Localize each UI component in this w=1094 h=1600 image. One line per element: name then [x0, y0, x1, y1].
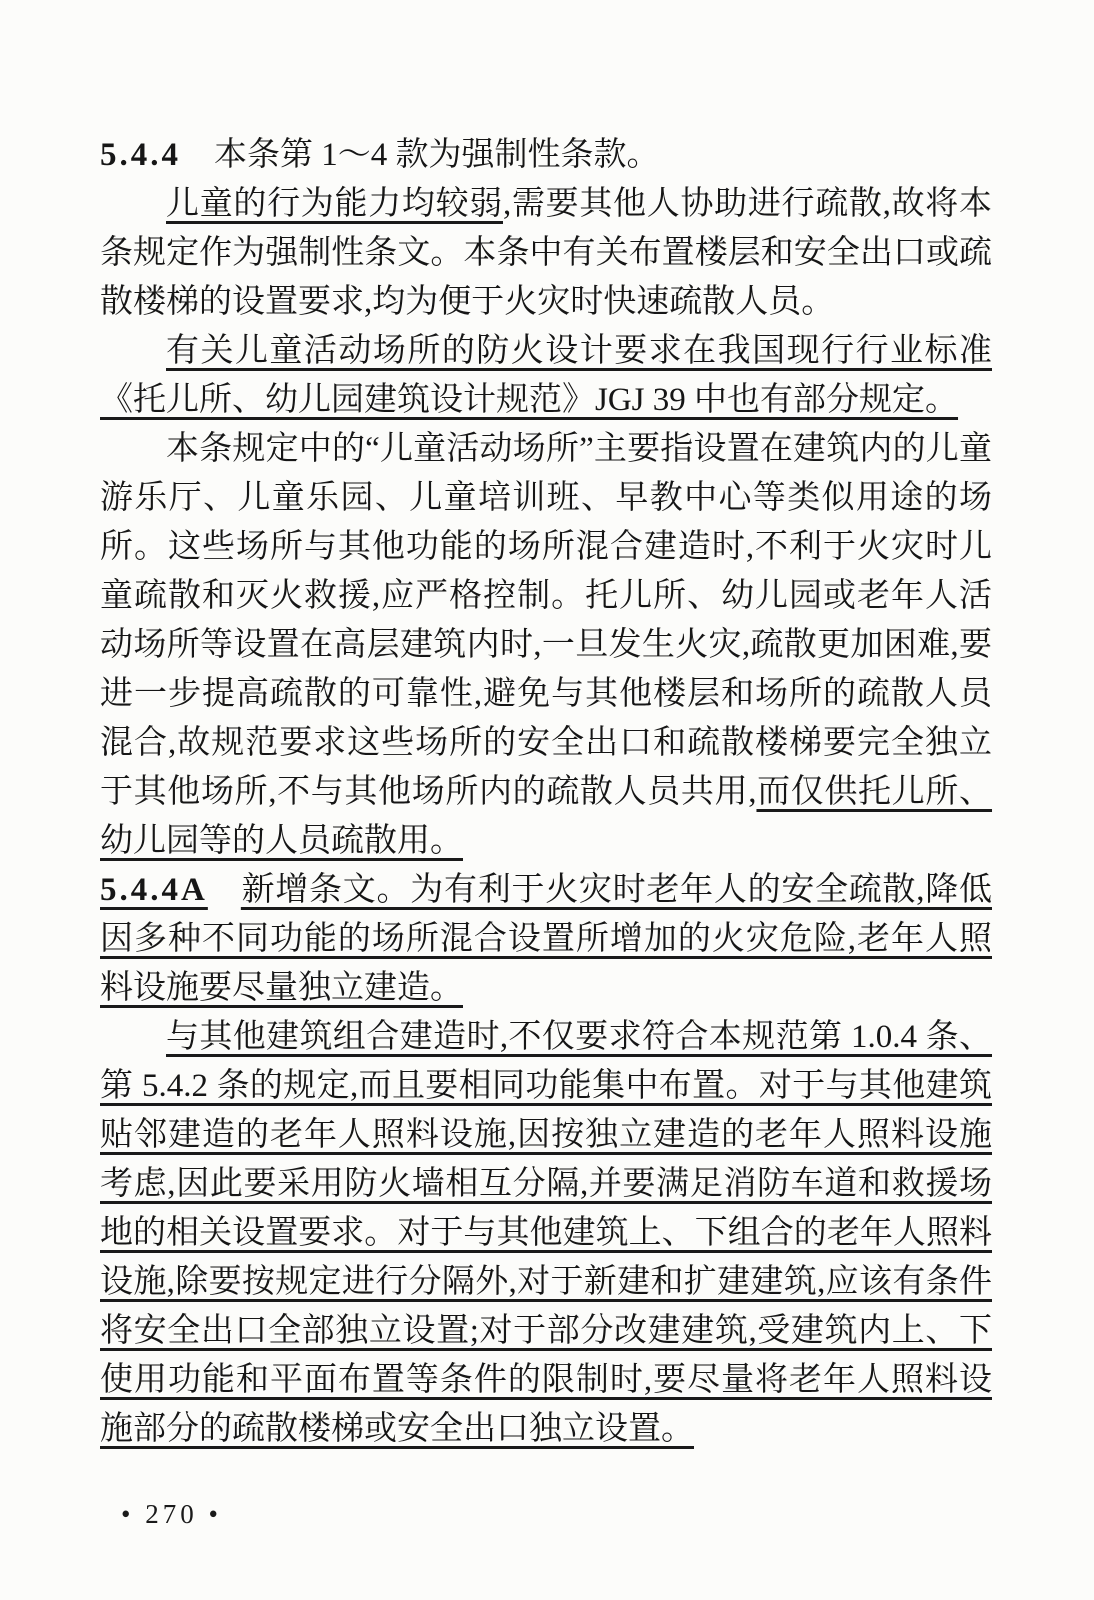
text-run: 本条规定中的“儿童活动场所”主要指设置在建筑内的儿童游乐厅、儿童乐园、儿童培训班… [100, 431, 992, 810]
text-run: 本条第 1～4 款为强制性条款。 [214, 137, 660, 173]
para-elderly-care-facilities: 与其他建筑组合建造时,不仅要求符合本规范第 1.0.4 条、第 5.4.2 条的… [100, 1013, 992, 1454]
revision-underlined-text: 儿童的行为能力均较弱 [166, 186, 503, 222]
section-clause-5-4-4a: 5.4.4A 新增条文。为有利于火灾时老年人的安全疏散,降低因多种不同功能的场所… [100, 866, 992, 1013]
clause-number: 5.4.4 [100, 137, 181, 173]
para-children-activity-places: 本条规定中的“儿童活动场所”主要指设置在建筑内的儿童游乐厅、儿童乐园、儿童培训班… [100, 425, 992, 866]
para-current-industry-standard: 有关儿童活动场所的防火设计要求在我国现行行业标准《托儿所、幼儿园建筑设计规范》J… [100, 327, 992, 425]
clause-number: 5.4.4A [100, 872, 208, 908]
page: 5.4.4 本条第 1～4 款为强制性条款。 儿童的行为能力均较弱,需要其他人协… [0, 0, 1094, 1600]
page-number: • 270 • [121, 1499, 222, 1530]
para-children-evacuation: 儿童的行为能力均较弱,需要其他人协助进行疏散,故将本条规定作为强制性条文。本条中… [100, 180, 992, 327]
text-run [181, 137, 214, 173]
text-run [208, 872, 241, 908]
revision-underlined-text: 与其他建筑组合建造时,不仅要求符合本规范第 1.0.4 条、第 5.4.2 条的… [100, 1019, 992, 1447]
section-clause-5-4-4: 5.4.4 本条第 1～4 款为强制性条款。 [100, 131, 992, 180]
text-column: 5.4.4 本条第 1～4 款为强制性条款。 儿童的行为能力均较弱,需要其他人协… [100, 131, 992, 1454]
revision-underlined-text: 有关儿童活动场所的防火设计要求在我国现行行业标准《托儿所、幼儿园建筑设计规范》J… [100, 333, 992, 418]
